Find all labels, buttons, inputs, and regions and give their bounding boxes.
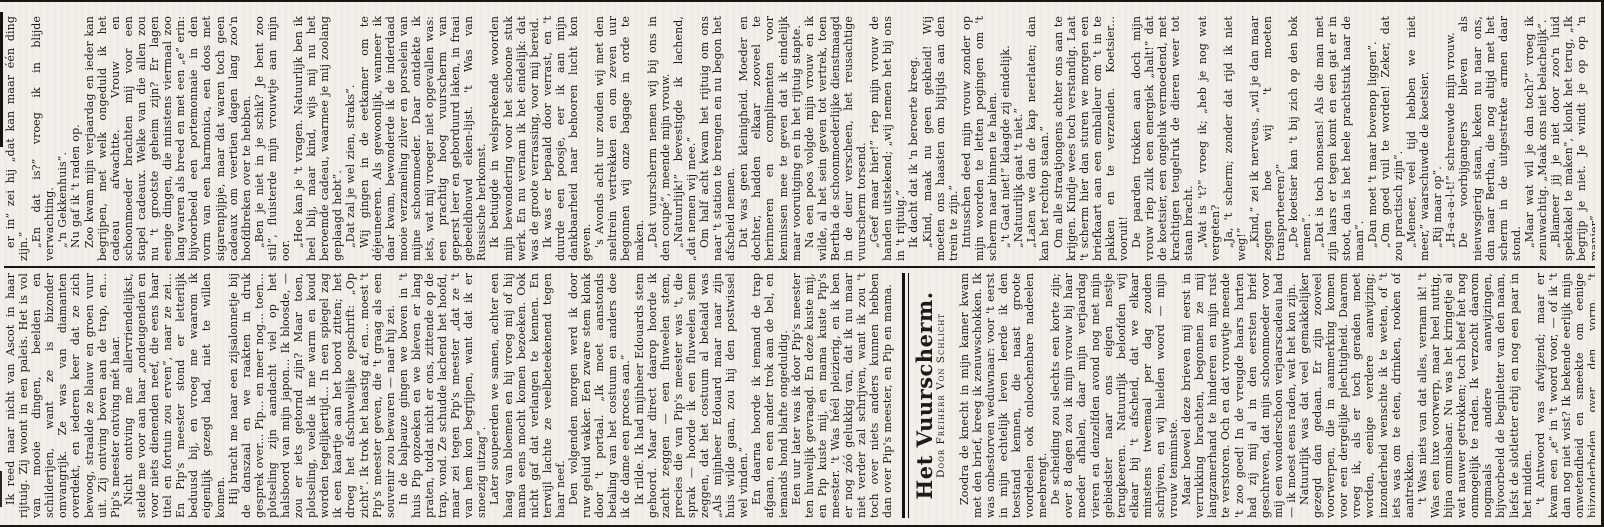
paragraph: „'n Gekkenhuis”.: [56, 16, 69, 261]
paragraph: „Ben je niet in je schik? Je bent zoo st…: [253, 16, 292, 261]
paragraph: Later soupeerden we samen, achter een ha…: [488, 273, 567, 518]
paragraph: „Ja, 't scherm; zonder dat rijd ik niet …: [1222, 16, 1248, 261]
paragraph: „Natuurlijk!” bevestigde ik lachend, „da…: [672, 16, 698, 261]
paragraph: Dat was geen kleinigheid. Moeder en doch…: [737, 16, 802, 261]
paragraph: Intusschen deed mijn vrouw zonder op mij…: [960, 16, 999, 261]
paragraph: „Dat is toch nonsens! Als die man met zi…: [1313, 16, 1365, 261]
paragraph: „Wat is 't?” vroeg ik; „heb je nog wat v…: [1196, 16, 1222, 261]
paragraph: De scheiding zou slechts een korte zijn;…: [1049, 273, 1180, 518]
paragraph: „Dan moet 't maar bovenop liggen”.: [1366, 16, 1379, 261]
feuilleton-text-column-1: Zoodra de knecht in mijn kamer kwam met …: [958, 273, 1595, 518]
paragraph: In de balpauze gingen we boven in 't hui…: [397, 273, 489, 518]
clipping-edge-mark: [0, 471, 2, 507]
paragraph: Om alle straatjongens achter ons aan te …: [1052, 16, 1131, 261]
paragraph: Maar hoewel deze brieven mij eerst in ve…: [1180, 273, 1298, 518]
paragraph: „H-a-a-a-l-t!” schreeuwde mijn vrouw.: [1444, 16, 1457, 261]
paragraph: Ik dacht dat ik 'n beroerte kreeg.: [907, 16, 920, 261]
paragraph: Ik betuigde in welsprekende woorden mijn…: [488, 16, 540, 261]
paragraph: „Natuurlijk gaat 't niet.”: [1012, 16, 1025, 261]
paragraph: Om half acht kwam het rijtuig om ons naa…: [698, 16, 737, 261]
newspaper-page: Ik reed naar nicht van Ascot in haar rij…: [0, 0, 1604, 527]
paragraph: Natuurlijk was dat veel gemakkelijker ge…: [1298, 273, 1416, 518]
feuilleton-title: Het Vuurscherm.: [918, 273, 931, 518]
column-right: er in” zei hij „dat kan maar één ding zi…: [4, 16, 1595, 261]
feuilleton-byline: Door Freiherr Von Schlicht: [935, 273, 948, 518]
paragraph: Ik was er bepaald door verrast, en 't du…: [541, 16, 593, 261]
feuilleton-text-column-2: er in” zei hij „dat kan maar één ding zi…: [4, 16, 1595, 261]
paragraph: Ik reed naar nicht van Ascot in haar rij…: [4, 273, 122, 518]
paragraph: „'t Gaat niet!” klaagde zij eindelijk.: [999, 16, 1012, 261]
paragraph: „Maar wat wil je dan toch?” vroeg ik zen…: [1523, 16, 1549, 261]
paragraph: 't Antwoord was afwijzend; maar er kwam …: [1534, 273, 1595, 518]
page-body: Ik reed naar nicht van Ascot in haar rij…: [0, 2, 1601, 525]
paragraph: „Geef maar hier!” riep mijn vrouw de han…: [868, 16, 907, 261]
paragraph: „Dat zal je wel zien, straks”.: [344, 16, 357, 261]
paragraph: Nu gaf ik 't raden op.: [69, 16, 82, 261]
paragraph: er in” zei hij „dat kan maar één ding zi…: [4, 16, 30, 261]
paragraph: Een uur later was ik door Pip's meester …: [790, 273, 895, 518]
paragraph: Ik rilde. Ik had mijnheer Edouards stem …: [633, 273, 751, 518]
article-separator-rule: [902, 273, 909, 518]
paragraph: 't Was niets van dat alles, vernam ik! '…: [1416, 273, 1534, 518]
paragraph: Nicht ontving me allervriendelijkst, ste…: [122, 273, 227, 518]
paragraph: „Dat vuurscherm nemen wij bij ons in den…: [646, 16, 672, 261]
paragraph: „Hoe kan je 't vragen. Natuurlijk ben ik…: [292, 16, 344, 261]
paragraph: „Blameer jij je niet door zoo'n luid spe…: [1549, 16, 1595, 261]
paragraph: En daarna hoorde ik iemand de trap afgaa…: [750, 273, 789, 518]
paragraph: 's Avonds acht uur zouden wij met den sn…: [593, 16, 645, 261]
newspaper-scan: Ik reed naar nicht van Ascot in haar rij…: [0, 0, 1604, 527]
paragraph: Na een poos volgde mijn vrouw en ik wild…: [803, 16, 868, 261]
paragraph: „En dat is?” vroeg ik in blijde verwacht…: [30, 16, 56, 261]
paragraph: „De koetsier kan 't bij zich op den bok …: [1287, 16, 1313, 261]
paragraph: De voorbijgangers bleven als nieuwsgieri…: [1457, 16, 1522, 261]
paragraph: Wij gingen in de eetkamer om te déjeunee…: [358, 16, 489, 261]
clipping-edge-mark: [0, 12, 3, 147]
paragraph: „Rij maar op”.: [1431, 16, 1444, 261]
previous-article-end: Ik reed naar nicht van Ascot in haar rij…: [4, 273, 894, 518]
paragraph: „Kind, maak nu geen gekheid! Wij moeten …: [921, 16, 960, 261]
paragraph: „Om goed vuil te worden! Zeker, dat zou …: [1379, 16, 1405, 261]
column-left: Ik reed naar nicht van Ascot in haar rij…: [4, 273, 1595, 518]
paragraph: Zoodra de knecht in mijn kamer kwam met …: [958, 273, 1050, 518]
paragraph: Zoo kwam mijn verjaardag en ieder kan be…: [83, 16, 253, 261]
paragraph: „Meneer, veel tijd hebben we niet meer,”…: [1405, 16, 1431, 261]
paragraph: „Laten we dan de kap neerlaten; dan kan …: [1025, 16, 1051, 261]
paragraph: De paarden trokken aan doch mijn vrouw r…: [1130, 16, 1195, 261]
paragraph: Den volgenden morgen werd ik door ruw ge…: [567, 273, 632, 518]
paragraph: „Kind,” zei ik nerveus, „wil je dan maar…: [1248, 16, 1287, 261]
paragraph: Hij bracht me naar een zijsalonnetje bij…: [227, 273, 397, 518]
column-rule: [4, 266, 1595, 268]
